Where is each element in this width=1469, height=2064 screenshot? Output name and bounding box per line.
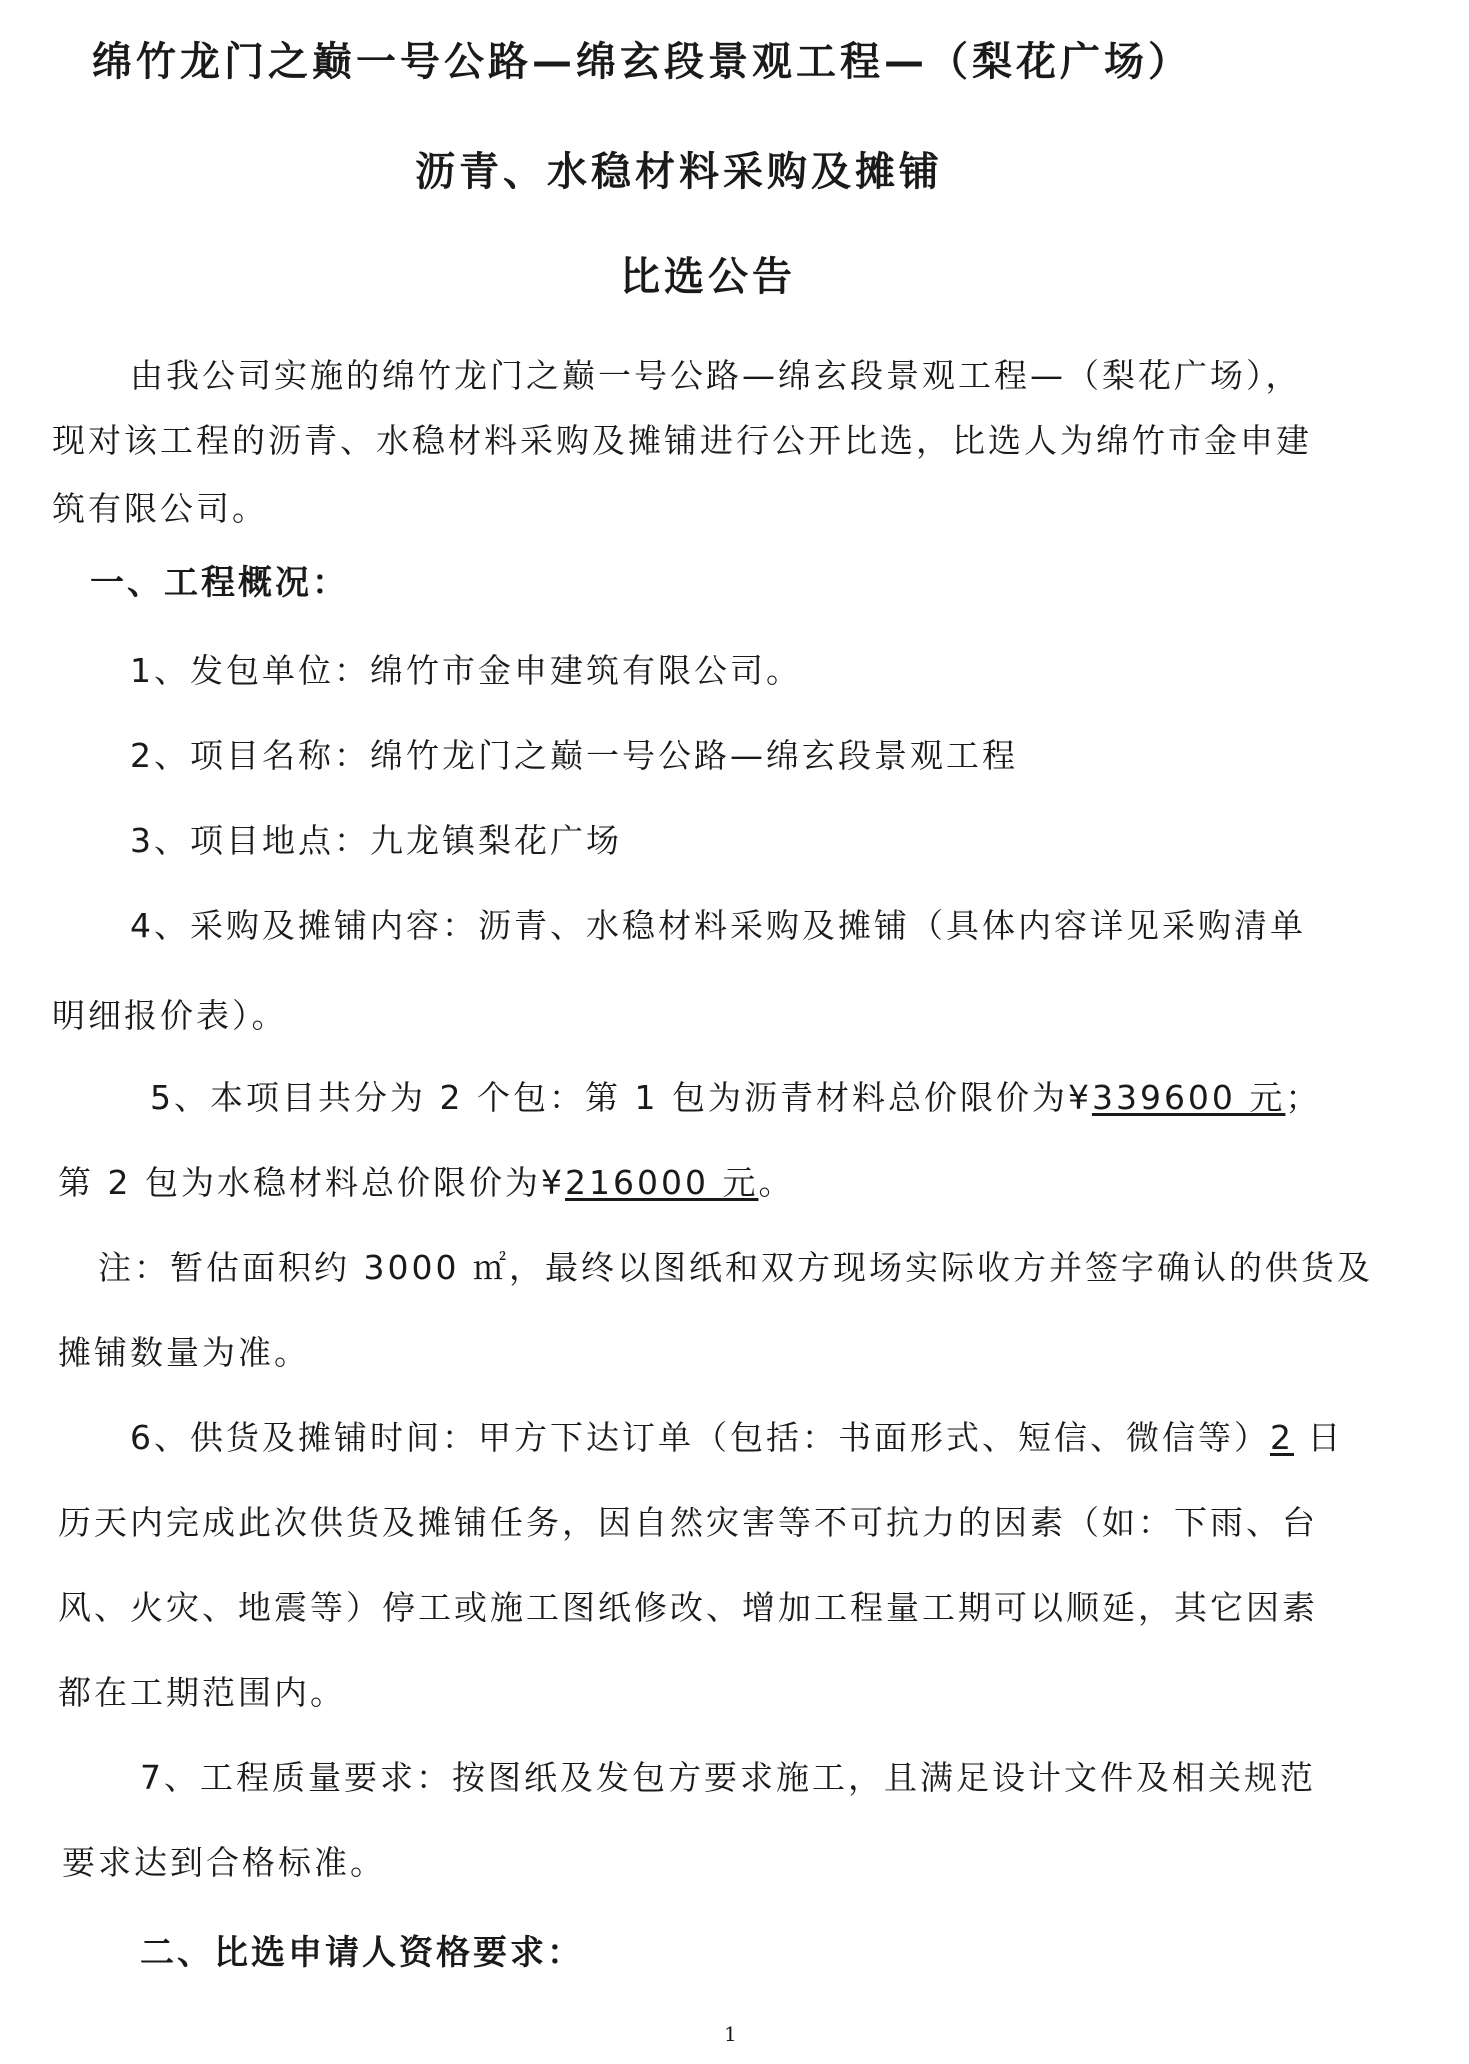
title-line-1: 绵竹龙门之巅一号公路—绵玄段景观工程—（梨花广场） <box>92 30 1192 87</box>
section-2-heading: 二、比选申请人资格要求： <box>140 1925 584 1974</box>
intro-line-1: 由我公司实施的绵竹龙门之巅一号公路—绵玄段景观工程—（梨花广场）， <box>130 350 1302 397</box>
item-6-line-2: 历天内完成此次供货及摊铺任务，因自然灾害等不可抗力的因素（如：下雨、台 <box>58 1497 1318 1544</box>
item-5-text: 5、本项目共分为 2 个包：第 1 包为沥青材料总价限价为¥ <box>150 1078 1092 1117</box>
item-6-line-1: 6、供货及摊铺时间：甲方下达订单（包括：书面形式、短信、微信等）2 日 <box>130 1412 1344 1459</box>
title-line-2: 沥青、水稳材料采购及摊铺 <box>415 140 943 197</box>
item-6-text: 6、供货及摊铺时间：甲方下达订单（包括：书面形式、短信、微信等） <box>130 1418 1270 1457</box>
delivery-days: 2 <box>1270 1418 1294 1457</box>
item-5-line-2: 第 2 包为水稳材料总价限价为¥216000 元。 <box>58 1157 794 1204</box>
item-6-line-4: 都在工期范围内。 <box>58 1667 346 1714</box>
item-6-unit: 日 <box>1294 1418 1344 1457</box>
item-3: 3、项目地点：九龙镇梨花广场 <box>130 815 622 862</box>
package-2-price: 216000 元 <box>565 1163 758 1202</box>
section-1-heading: 一、工程概况： <box>90 555 349 604</box>
note-line-1: 注：暂估面积约 3000 ㎡，最终以图纸和双方现场实际收方并签字确认的供货及 <box>98 1242 1373 1289</box>
item-5-text-2: 第 2 包为水稳材料总价限价为¥ <box>58 1163 565 1202</box>
package-1-price: 339600 元 <box>1092 1078 1285 1117</box>
item-5-line-1: 5、本项目共分为 2 个包：第 1 包为沥青材料总价限价为¥339600 元； <box>150 1072 1321 1119</box>
intro-line-2: 现对该工程的沥青、水稳材料采购及摊铺进行公开比选，比选人为绵竹市金申建 <box>52 415 1312 462</box>
title-line-3: 比选公告 <box>620 245 796 302</box>
page-number: 1 <box>724 2022 737 2046</box>
item-7-line-1: 7、工程质量要求：按图纸及发包方要求施工，且满足设计文件及相关规范 <box>140 1752 1316 1799</box>
item-6-line-3: 风、火灾、地震等）停工或施工图纸修改、增加工程量工期可以顺延，其它因素 <box>58 1582 1318 1629</box>
item-2: 2、项目名称：绵竹龙门之巅一号公路—绵玄段景观工程 <box>130 730 1018 777</box>
item-5-punct: ； <box>1285 1078 1321 1117</box>
item-5-punct-2: 。 <box>758 1163 794 1202</box>
item-7-line-2: 要求达到合格标准。 <box>62 1837 386 1884</box>
item-1: 1、发包单位：绵竹市金申建筑有限公司。 <box>130 645 802 692</box>
item-4-line-1: 4、采购及摊铺内容：沥青、水稳材料采购及摊铺（具体内容详见采购清单 <box>130 900 1306 947</box>
note-line-2: 摊铺数量为准。 <box>58 1327 310 1374</box>
item-4-line-2: 明细报价表）。 <box>52 990 288 1037</box>
intro-line-3: 筑有限公司。 <box>52 483 268 530</box>
